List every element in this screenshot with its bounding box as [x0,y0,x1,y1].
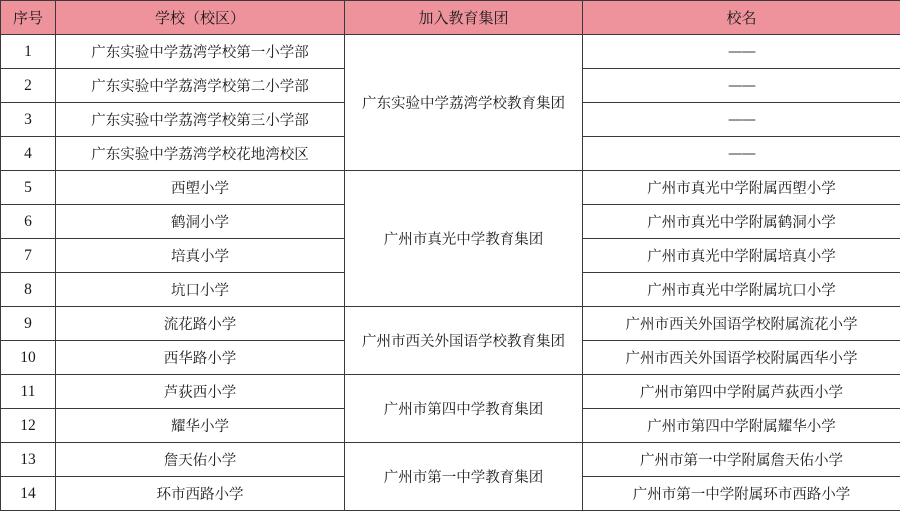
cell-school-name: 广州市真光中学附属培真小学 [583,239,900,273]
cell-school: 西华路小学 [56,341,345,375]
cell-school-name: 广州市第四中学附属芦荻西小学 [583,375,900,409]
cell-school-name: —— [583,69,900,103]
cell-seq: 8 [1,273,56,307]
table-row: 13 詹天佑小学 广州市第一中学教育集团 广州市第一中学附属詹天佑小学 [1,443,900,477]
table-body: 1 广东实验中学荔湾学校第一小学部 广东实验中学荔湾学校教育集团 —— 2 广东… [1,35,900,511]
cell-school-name: —— [583,35,900,69]
table-header: 序号 学校（校区） 加入教育集团 校名 [1,1,900,35]
cell-school: 广东实验中学荔湾学校第三小学部 [56,103,345,137]
cell-school: 环市西路小学 [56,477,345,511]
table-row: 9 流花路小学 广州市西关外国语学校教育集团 广州市西关外国语学校附属流花小学 [1,307,900,341]
cell-school: 培真小学 [56,239,345,273]
cell-school: 西塱小学 [56,171,345,205]
cell-school: 坑口小学 [56,273,345,307]
table-row: 5 西塱小学 广州市真光中学教育集团 广州市真光中学附属西塱小学 [1,171,900,205]
table-row: 1 广东实验中学荔湾学校第一小学部 广东实验中学荔湾学校教育集团 —— [1,35,900,69]
cell-school: 鹤洞小学 [56,205,345,239]
cell-school-name: 广州市真光中学附属西塱小学 [583,171,900,205]
cell-seq: 3 [1,103,56,137]
cell-seq: 12 [1,409,56,443]
cell-seq: 11 [1,375,56,409]
cell-school-name: 广州市真光中学附属坑口小学 [583,273,900,307]
cell-seq: 5 [1,171,56,205]
cell-group: 广州市真光中学教育集团 [345,171,583,307]
cell-group: 广州市第一中学教育集团 [345,443,583,511]
cell-school-name: 广州市第一中学附属环市西路小学 [583,477,900,511]
cell-school-name: —— [583,137,900,171]
cell-school: 广东实验中学荔湾学校第二小学部 [56,69,345,103]
cell-seq: 14 [1,477,56,511]
cell-group: 广州市第四中学教育集团 [345,375,583,443]
header-group: 加入教育集团 [345,1,583,35]
cell-seq: 7 [1,239,56,273]
cell-seq: 13 [1,443,56,477]
header-seq: 序号 [1,1,56,35]
cell-school: 广东实验中学荔湾学校第一小学部 [56,35,345,69]
cell-group: 广州市西关外国语学校教育集团 [345,307,583,375]
cell-school-name: 广州市西关外国语学校附属流花小学 [583,307,900,341]
header-row: 序号 学校（校区） 加入教育集团 校名 [1,1,900,35]
cell-school: 耀华小学 [56,409,345,443]
cell-school: 芦荻西小学 [56,375,345,409]
cell-seq: 10 [1,341,56,375]
cell-school: 詹天佑小学 [56,443,345,477]
cell-group: 广东实验中学荔湾学校教育集团 [345,35,583,171]
cell-seq: 6 [1,205,56,239]
cell-school: 广东实验中学荔湾学校花地湾校区 [56,137,345,171]
table-row: 11 芦荻西小学 广州市第四中学教育集团 广州市第四中学附属芦荻西小学 [1,375,900,409]
cell-school-name: 广州市真光中学附属鹤洞小学 [583,205,900,239]
cell-school-name: 广州市第一中学附属詹天佑小学 [583,443,900,477]
cell-seq: 9 [1,307,56,341]
cell-school-name: 广州市西关外国语学校附属西华小学 [583,341,900,375]
cell-seq: 2 [1,69,56,103]
header-school: 学校（校区） [56,1,345,35]
cell-school-name: 广州市第四中学附属耀华小学 [583,409,900,443]
header-school-name: 校名 [583,1,900,35]
cell-seq: 1 [1,35,56,69]
cell-seq: 4 [1,137,56,171]
cell-school: 流花路小学 [56,307,345,341]
school-group-table: 序号 学校（校区） 加入教育集团 校名 1 广东实验中学荔湾学校第一小学部 广东… [0,0,900,511]
cell-school-name: —— [583,103,900,137]
